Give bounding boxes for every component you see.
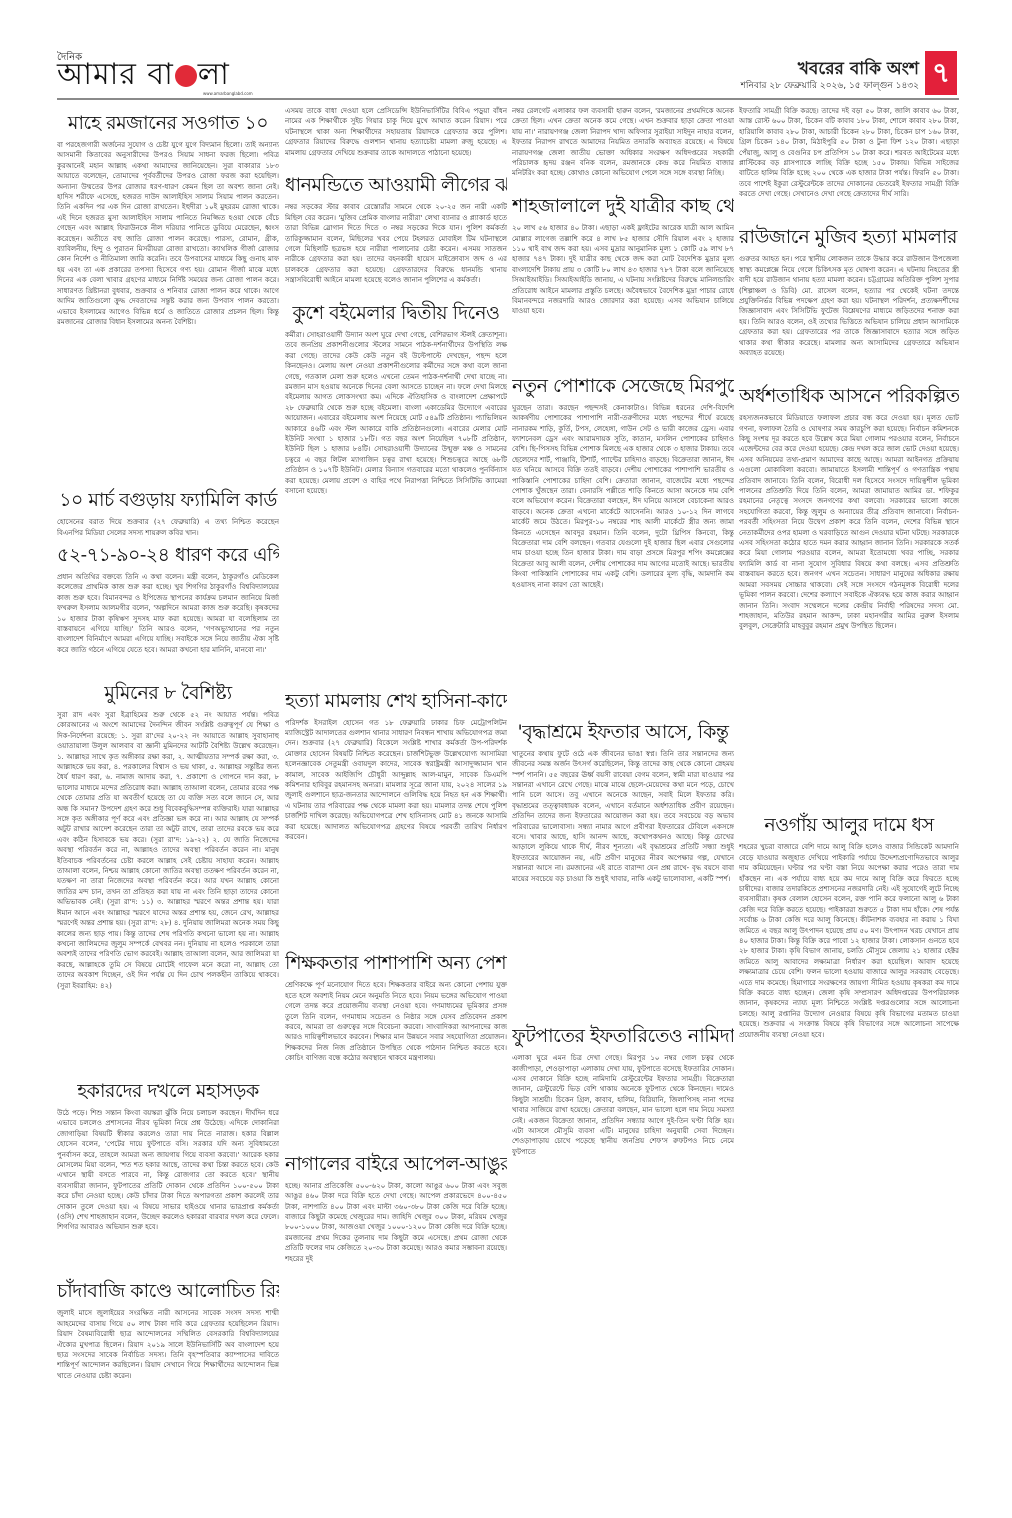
- article-body: শ্রেণিকক্ষে পূর্ণ মনোযোগ দিতে হবে। শিক্ষ…: [285, 980, 507, 1146]
- masthead: দৈনিক আমার বালা www.amarbanglabd.com খবর…: [57, 48, 959, 100]
- article-body: পরিদর্শক ইসরাইল হোসেন গত ১৮ ফেব্রুয়ারি …: [285, 718, 507, 947]
- column-4: ইফতারি সামগ্রী বিক্রি করছে। তাদের দই বড়…: [739, 106, 959, 1466]
- article-headline: নওগাঁয় আলুর দামে ধস: [739, 812, 959, 838]
- article-headline: নতুন পোশাকে সেজেছে মিরপুরের: [512, 373, 734, 399]
- article-headline: কুশে বইমেলার দ্বিতীয় দিনেও: [285, 300, 507, 326]
- logo-text-1: আমার বা: [57, 57, 174, 92]
- article-body: কর্মীরা। সোহরাওয়ার্দী উদ্যান অংশ ঘুরে দ…: [285, 330, 507, 684]
- article-body: ঘুরছেন তারা। করছেন পছন্দসই কেনাকাটাও। বি…: [512, 403, 734, 715]
- article-body: হোসেনের বরাত দিয়ে শুক্রবার (২৭ ফেব্রুয়…: [57, 517, 279, 538]
- article-body: উঠে পড়ে। শিশু সন্তান কিংবা বয়স্করা ঝুঁ…: [57, 1108, 279, 1274]
- article-headline: হকারদের দখলে মহাসড়ক: [57, 1078, 279, 1104]
- article-headline: 'বৃদ্ধাশ্রমে ইফতার আসে, কিন্তু: [512, 719, 734, 745]
- logo-text-2: লা: [198, 57, 230, 92]
- article-body: নম্বর সড়কের স্টার কাবাব রেস্তোরাঁর সামন…: [285, 202, 507, 296]
- article-body: প্রধান অতিথির বক্তব্যে তিনি এ কথা বলেন। …: [57, 572, 279, 676]
- column-1: মাহে রমজানের সওগাত ১০বা পরহেজগারী অর্জনে…: [57, 106, 279, 1466]
- article-body: খাতুনের কথায় ফুটে ওঠে এক জীবনের ভাঙা স্…: [512, 749, 734, 1019]
- article-body: বা পরহেজগারী অর্জনের সুযোগ ও চেষ্টা যুগে…: [57, 140, 279, 483]
- logo: আমার বালা: [57, 60, 230, 90]
- article-headline: শিক্ষকতার পাশাপাশি অন্য পেশায় যুক্ত: [285, 950, 507, 976]
- article-headline: নাগালের বাইরে আপেল-আঙুর,: [285, 1151, 507, 1177]
- article-body: হচ্ছে। আনার প্রতিকেজি ৫০০-৬২০ টাকা, কালো…: [285, 1181, 507, 1327]
- publication-date: শনিবার ২৮ ফেব্রুয়ারি ২০২৬, ১৫ ফাল্গুন ১…: [741, 78, 919, 93]
- logo-red-circle-icon: [175, 65, 197, 87]
- article-body: সুরা রাদ এবং সুরা ইব্রাহিমের শুরু থেকে ৫…: [57, 710, 279, 1074]
- page-number-badge: ৭: [925, 51, 957, 95]
- article-body: এলাকা ঘুরে এমন চিত্র দেখা গেছে। মিরপুর ১…: [512, 1053, 734, 1282]
- article-columns: মাহে রমজানের সওগাত ১০বা পরহেজগারী অর্জনে…: [57, 106, 959, 1466]
- article-headline: চাঁদাবাজি কাণ্ডে আলোচিত রিয়াদ: [57, 1278, 279, 1304]
- article-body: জুলাই মাসে জুলাইয়ের সংরক্ষিত নারী আসনের…: [57, 1308, 279, 1402]
- column-2: এসময় তাকে বাধা দেওয়া হলে প্রেসিডেন্সি …: [285, 106, 507, 1466]
- article-body: গুরুতর আহত হন। পরে স্থানীয় লোকজন তাকে উ…: [739, 254, 959, 379]
- article-headline: ৫২-৭১-৯০-২৪ ধারণ করে এগিয়ে: [57, 542, 279, 568]
- website-url: www.amarbanglabd.com: [203, 91, 253, 96]
- article-body: নম্বর রেলগেট এলাকার ফল ব্যবসায়ী হারুন ব…: [512, 106, 734, 189]
- article-body: এসময় তাকে বাধা দেওয়া হলে প্রেসিডেন্সি …: [285, 106, 507, 168]
- article-headline: ফুটপাতের ইফতারিতেও নামিদামি: [512, 1023, 734, 1049]
- article-headline: রাউজানে মুজিব হত্যা মামলার প্রধান: [739, 224, 959, 250]
- article-headline: ১০ মার্চ বগুড়ায় ফ্যামিলি কার্ড: [57, 487, 279, 513]
- article-body: ইফতারি সামগ্রী বিক্রি করছে। তাদের দই বড়…: [739, 106, 959, 220]
- column-3: নম্বর রেলগেট এলাকার ফল ব্যবসায়ী হারুন ব…: [512, 106, 734, 1466]
- article-headline: শাহজালালে দুই যাত্রীর কাছ থেকে: [512, 193, 734, 219]
- article-body: রহস্যজনকভাবে মিডিয়াতে ফলাফল প্রচার বন্ধ…: [739, 413, 959, 808]
- article-headline: হত্যা মামলায় শেখ হাসিনা-কাদের: [285, 688, 507, 714]
- newspaper-page: দৈনিক আমার বালা www.amarbanglabd.com খবর…: [57, 48, 959, 1468]
- article-headline: ধানমন্ডিতে আওয়ামী লীগের ঝটিকা: [285, 172, 507, 198]
- article-headline: মুমিনের ৮ বৈশিষ্ট্য: [57, 680, 279, 706]
- article-body: ২০ লাখ ৫৬ হাজার ৪০ টাকা। এছাড়া একই ফ্লা…: [512, 223, 734, 369]
- article-headline: মাহে রমজানের সওগাত ১০: [57, 110, 279, 136]
- article-headline: অর্ধশতাধিক আসনে পরিকল্পিতভাবে: [739, 383, 959, 409]
- article-body: শহরের খুচরা বাজারে বেশি দামে আলু বিক্রি …: [739, 842, 959, 1279]
